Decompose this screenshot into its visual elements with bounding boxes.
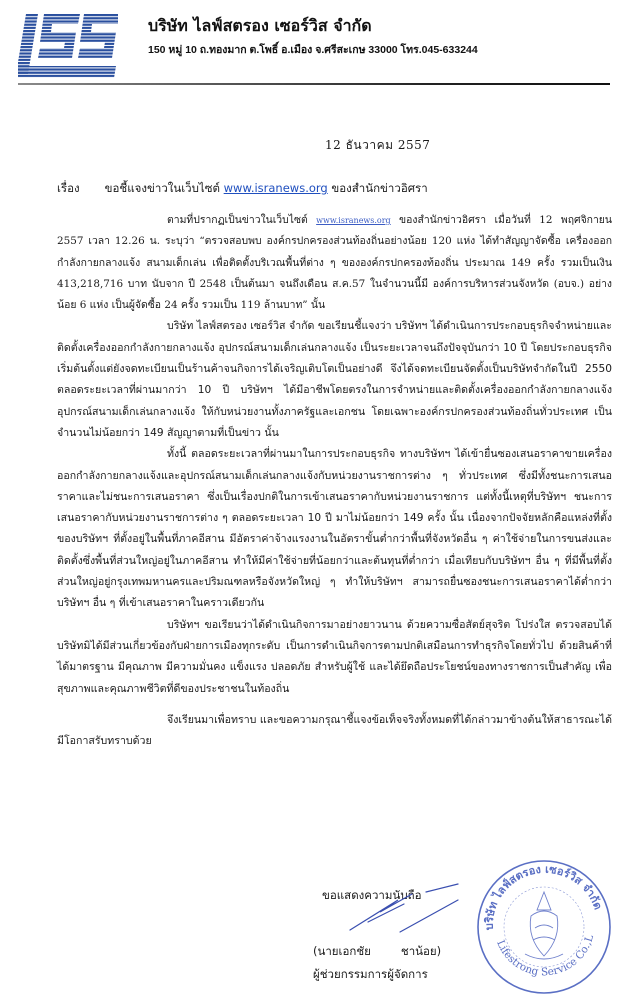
paragraph-5: จึงเรียนมาเพื่อทราบ และขอความกรุณาชี้แจง… (57, 710, 612, 753)
paragraph-4: บริษัทฯ ขอเรียนว่าได้ดำเนินกิจการมาอย่าง… (57, 615, 612, 700)
handwritten-signature (340, 880, 460, 940)
stamp-thai-text: บริษัท ไลฟ์สตรอง เซอร์วิส จำกัด (483, 863, 605, 931)
paragraph-5-text: จึงเรียนมาเพื่อทราบ และขอความกรุณาชี้แจง… (57, 714, 612, 747)
company-logo (18, 14, 118, 80)
paragraph-3-text: ทั้งนี้ ตลอดระยะเวลาที่ผ่านมาในการประกอบ… (57, 448, 612, 609)
paragraph-1-text: ตามที่ปรากฏเป็นข่าวในเว็บไซต์ (167, 214, 316, 226)
header-divider (18, 83, 610, 85)
paragraph-2: บริษัท ไลฟ์สตรอง เซอร์วิส จำกัด ขอเรียนช… (57, 316, 612, 444)
paragraph-2-text: บริษัท ไลฟ์สตรอง เซอร์วิส จำกัด ขอเรียนช… (57, 320, 612, 438)
subject-label: เรื่อง (57, 180, 101, 198)
paragraph-1-text-cont: ของสำนักข่าวอิศรา เมื่อวันที่ 12 พฤศจิกา… (57, 214, 612, 311)
paragraph-4-text: บริษัทฯ ขอเรียนว่าได้ดำเนินกิจการมาอย่าง… (57, 619, 612, 695)
letter-date: 12 ธันวาคม 2557 (325, 136, 430, 155)
paragraph-3: ทั้งนี้ ตลอดระยะเวลาที่ผ่านมาในการประกอบ… (57, 444, 612, 614)
signer-title: ผู้ช่วยกรรมการผู้จัดการ (313, 966, 428, 984)
subject-text: ขอชี้แจงข่าวในเว็บไซต์ (105, 181, 224, 195)
signer-first-name: (นายเอกชัย (313, 944, 371, 958)
subject-text-end: ของสำนักข่าวอิศรา (328, 181, 428, 195)
company-seal-stamp: บริษัท ไลฟ์สตรอง เซอร์วิส จำกัด Lifestro… (475, 858, 613, 996)
signer-last-name: ชาน้อย) (401, 944, 441, 958)
paragraph-1: ตามที่ปรากฏเป็นข่าวในเว็บไซต์ www.israne… (57, 210, 612, 316)
subject-link[interactable]: www.isranews.org (224, 181, 328, 195)
svg-text:บริษัท ไลฟ์สตรอง เซอร์วิส จำกั: บริษัท ไลฟ์สตรอง เซอร์วิส จำกัด (483, 863, 605, 931)
signer-name: (นายเอกชัยชาน้อย) (313, 943, 441, 961)
subject-line: เรื่อง ขอชี้แจงข่าวในเว็บไซต์ www.israne… (57, 180, 428, 198)
company-address: 150 หมู่ 10 ถ.ทองมาก ต.โพธิ์ อ.เมือง จ.ศ… (148, 41, 478, 58)
letter-body: ตามที่ปรากฏเป็นข่าวในเว็บไซต์ www.israne… (57, 210, 612, 752)
news-link[interactable]: www.isranews.org (316, 216, 391, 225)
company-name: บริษัท ไลฟ์สตรอง เซอร์วิส จำกัด (148, 14, 372, 39)
